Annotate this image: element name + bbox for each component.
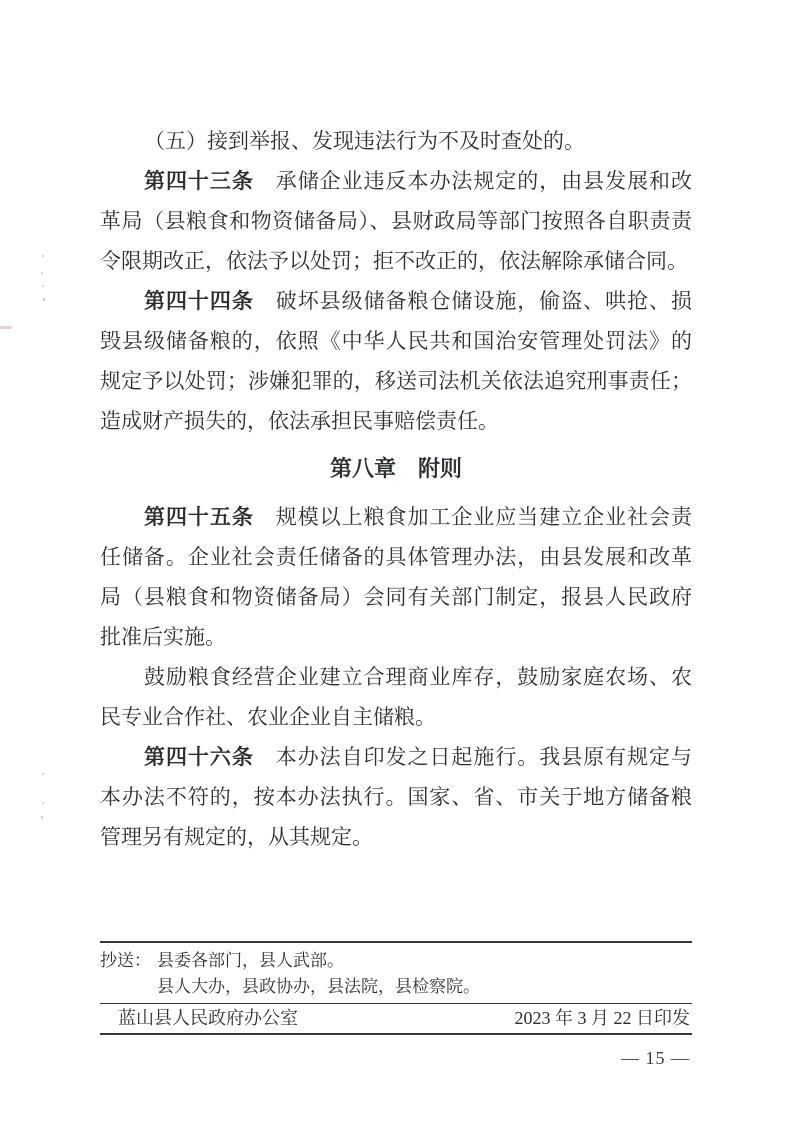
text-line: （五）接到举报、发现违法行为不及时查处的。	[100, 121, 692, 161]
document-footer: 抄送： 县委各部门，县人武部。 县人大办，县政协办，县法院，县检察院。 蓝山县人…	[100, 941, 692, 1069]
text-line: 本办法不符的，按本办法执行。国家、省、市关于地方储备粮	[100, 777, 692, 817]
text-line: 第四十三条 承储企业违反本办法规定的，由县发展和改	[100, 161, 692, 201]
text-line: 民专业合作社、农业企业自主储粮。	[100, 697, 692, 737]
scan-artifact	[43, 298, 45, 301]
scan-artifact	[42, 773, 44, 775]
print-date: 2023 年 3 月 22 日印发	[515, 1005, 691, 1032]
scan-artifact	[0, 326, 12, 329]
text-line: 局（县粮食和物资储备局）会同有关部门制定，报县人民政府	[100, 577, 692, 617]
text-line: 革局（县粮食和物资储备局）、县财政局等部门按照各自职责责	[100, 201, 692, 241]
paragraph: 鼓励粮食经营企业建立合理商业库存，鼓励家庭农场、农民专业合作社、农业企业自主储粮…	[100, 657, 692, 737]
paragraph: （五）接到举报、发现违法行为不及时查处的。	[100, 121, 692, 161]
article-number: 第四十六条	[144, 745, 254, 769]
copy-label: 抄送：	[100, 948, 157, 1000]
text-line: 令限期改正，依法予以处罚；拒不改正的，依法解除承储合同。	[100, 241, 692, 281]
document-page: （五）接到举报、发现违法行为不及时查处的。第四十三条 承储企业违反本办法规定的，…	[0, 0, 793, 1122]
text-line: 批准后实施。	[100, 617, 692, 657]
text-line: 鼓励粮食经营企业建立合理商业库存，鼓励家庭农场、农	[100, 657, 692, 697]
issuer-row: 蓝山县人民政府办公室 2023 年 3 月 22 日印发	[100, 1004, 692, 1033]
article-number: 第四十四条	[144, 289, 254, 313]
scan-artifact	[42, 255, 44, 257]
issuing-office: 蓝山县人民政府办公室	[118, 1005, 298, 1032]
text-line: 第四十六条 本办法自印发之日起施行。我县原有规定与	[100, 737, 692, 777]
copy-distribution-block: 抄送： 县委各部门，县人武部。 县人大办，县政协办，县法院，县检察院。	[100, 943, 692, 1003]
paragraph: 第四十五条 规模以上粮食加工企业应当建立企业社会责任储备。企业社会责任储备的具体…	[100, 497, 692, 657]
copy-line: 县人大办，县政协办，县法院，县检察院。	[157, 974, 692, 1000]
page-number: — 15 —	[100, 1048, 692, 1069]
chapter-heading: 第八章 附则	[100, 449, 692, 489]
article-number: 第四十五条	[144, 505, 254, 529]
paragraph: 第四十六条 本办法自印发之日起施行。我县原有规定与本办法不符的，按本办法执行。国…	[100, 737, 692, 857]
text-line: 规定予以处罚；涉嫌犯罪的，移送司法机关依法追究刑事责任；	[100, 361, 692, 401]
scan-artifact	[42, 802, 44, 804]
text-line: 毁县级储备粮的，依照《中华人民共和国治安管理处罚法》的	[100, 321, 692, 361]
text-line: 任储备。企业社会责任储备的具体管理办法，由县发展和改革	[100, 537, 692, 577]
scan-artifact	[42, 285, 44, 287]
text-line: 第四十五条 规模以上粮食加工企业应当建立企业社会责	[100, 497, 692, 537]
text-line: 第四十四条 破坏县级储备粮仓储设施，偷盗、哄抢、损	[100, 281, 692, 321]
document-body: （五）接到举报、发现违法行为不及时查处的。第四十三条 承储企业违反本办法规定的，…	[100, 121, 692, 857]
copy-line: 县委各部门，县人武部。	[157, 948, 692, 974]
article-number: 第四十三条	[144, 169, 254, 193]
paragraph: 第四十三条 承储企业违反本办法规定的，由县发展和改革局（县粮食和物资储备局）、县…	[100, 161, 692, 281]
scan-artifact	[41, 272, 43, 274]
scan-artifact	[41, 816, 43, 819]
text-line: 管理另有规定的，从其规定。	[100, 817, 692, 857]
footer-bottom-divider	[100, 1033, 692, 1035]
text-line: 造成财产损失的，依法承担民事赔偿责任。	[100, 401, 692, 441]
paragraph: 第四十四条 破坏县级储备粮仓储设施，偷盗、哄抢、损毁县级储备粮的，依照《中华人民…	[100, 281, 692, 441]
copy-lines: 县委各部门，县人武部。 县人大办，县政协办，县法院，县检察院。	[157, 948, 692, 1000]
